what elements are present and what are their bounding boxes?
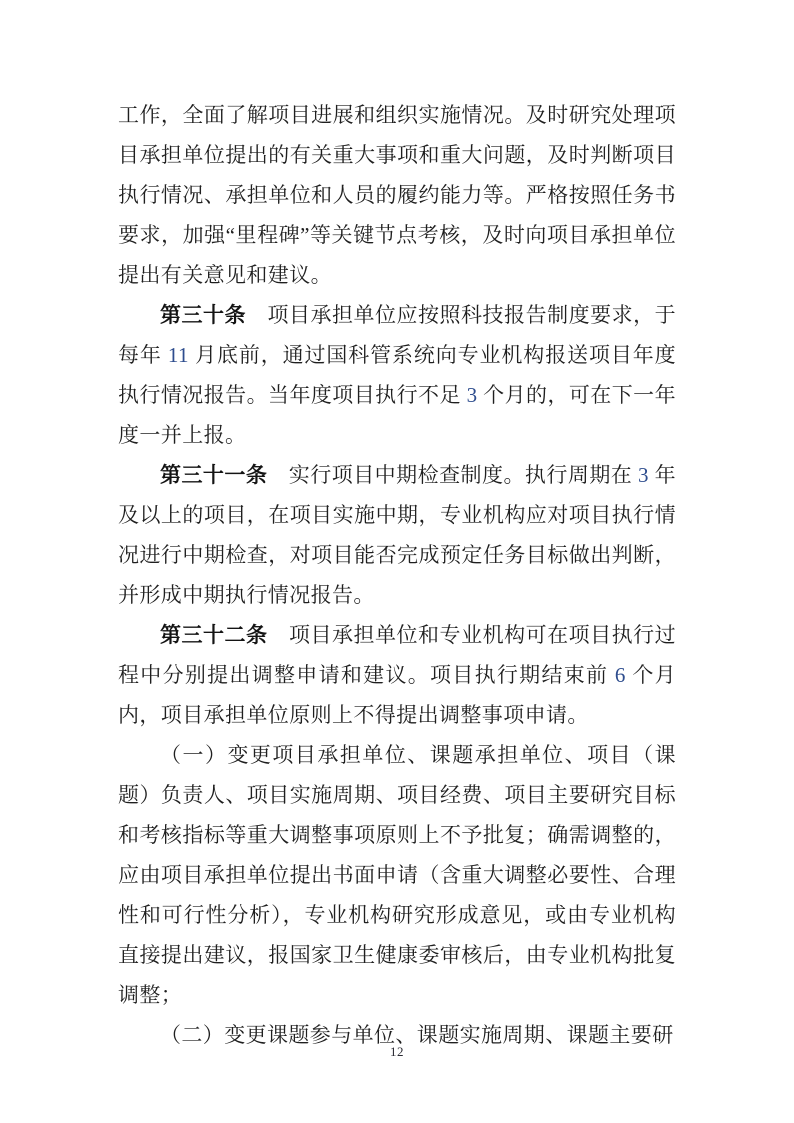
numeral: 3 (467, 383, 478, 407)
document-page: 工作，全面了解项目进展和组织实施情况。及时研究处理项目承担单位提出的有关重大事项… (0, 0, 794, 1123)
text-run: （一）变更项目承担单位、课题承担单位、项目（课题）负责人、项目实施周期、项目经费… (118, 743, 676, 1007)
text-run: 实行项目中期检查制度。执行周期在 (267, 463, 638, 487)
numeral: 6 (615, 663, 626, 687)
article-heading: 第三十一条 (160, 463, 267, 487)
page-number: 12 (390, 1044, 404, 1059)
paragraph: 第三十一条 实行项目中期检查制度。执行周期在 3 年及以上的项目，在项目实施中期… (118, 455, 676, 615)
page-footer: 12 (0, 1043, 794, 1061)
article-heading: 第三十条 (160, 303, 246, 327)
paragraph: 工作，全面了解项目进展和组织实施情况。及时研究处理项目承担单位提出的有关重大事项… (118, 95, 676, 295)
article-heading: 第三十二条 (160, 623, 268, 647)
paragraph: 第三十条 项目承担单位应按照科技报告制度要求，于每年 11 月底前，通过国科管系… (118, 295, 676, 455)
text-run: 工作，全面了解项目进展和组织实施情况。及时研究处理项目承担单位提出的有关重大事项… (118, 103, 676, 287)
numeral: 3 (638, 463, 649, 487)
document-body: 工作，全面了解项目进展和组织实施情况。及时研究处理项目承担单位提出的有关重大事项… (118, 95, 676, 1055)
paragraph: （一）变更项目承担单位、课题承担单位、项目（课题）负责人、项目实施周期、项目经费… (118, 735, 676, 1015)
numeral: 11 (168, 343, 189, 367)
paragraph: 第三十二条 项目承担单位和专业机构可在项目执行过程中分别提出调整申请和建议。项目… (118, 615, 676, 735)
